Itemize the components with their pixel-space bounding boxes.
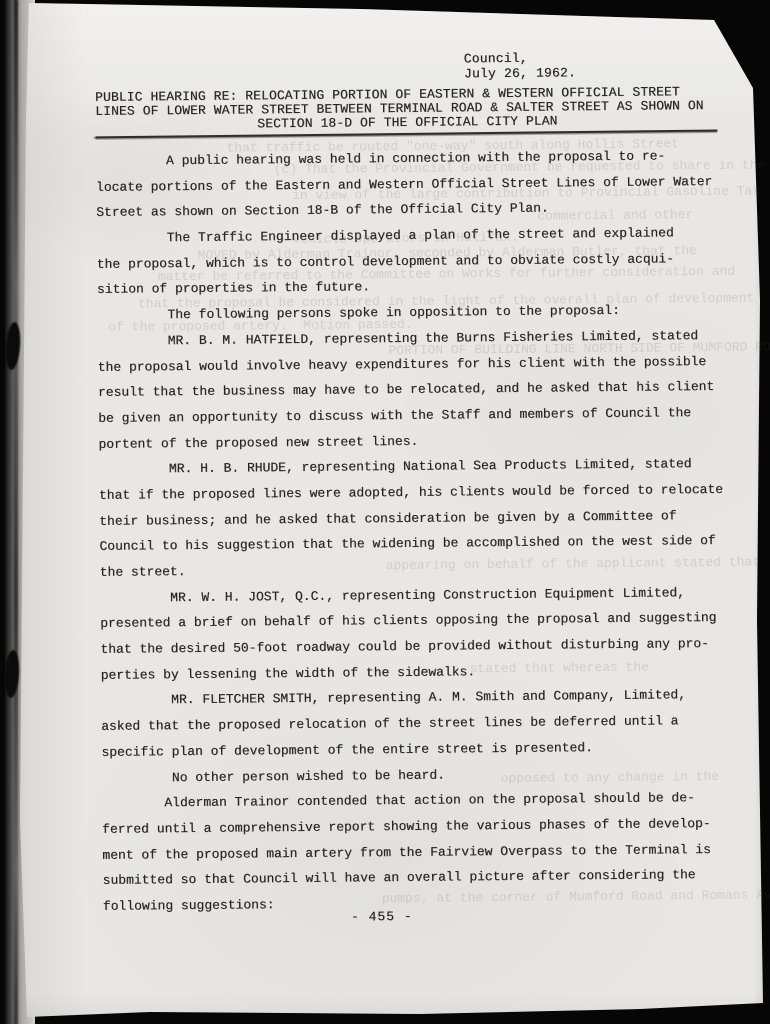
bleedthrough-line: that the proposal be considered in the l… (138, 291, 754, 312)
bleedthrough-line: PORTION OF BUILDING LINE NORTH SIDE OF M… (388, 339, 770, 358)
bleedthrough-line: appearing on behalf of the applicant sta… (386, 555, 761, 574)
bleedthrough-line: commercial and other (537, 207, 693, 223)
bleedthrough-line: that traffic be routed "one-way" south a… (227, 136, 680, 155)
bleedthrough-line: matter be referred to the Committee on W… (158, 264, 735, 285)
bleedthrough-line: MOVED by Alderman Trainor, seconded by A… (198, 243, 697, 263)
bleedthrough-layer: that traffic be routed "one-way" south a… (0, 0, 770, 1024)
bleedthrough-line: (c) That the Provincial Government be re… (274, 157, 766, 177)
bleedthrough-line: pumps, at the corner of Mumford Road and… (382, 887, 770, 906)
bleedthrough-line: of the proposed artery. Motion passed. (108, 317, 412, 335)
scan-background: that traffic be routed "one-way" south a… (0, 0, 770, 1024)
bleedthrough-line: stated that whereas the (470, 660, 650, 677)
bleedthrough-line: in view of the large contribution to Pro… (292, 184, 760, 203)
bleedthrough-line: opposed to any change in the (501, 769, 720, 786)
page-content: that traffic be routed "one-way" south a… (0, 0, 770, 1024)
